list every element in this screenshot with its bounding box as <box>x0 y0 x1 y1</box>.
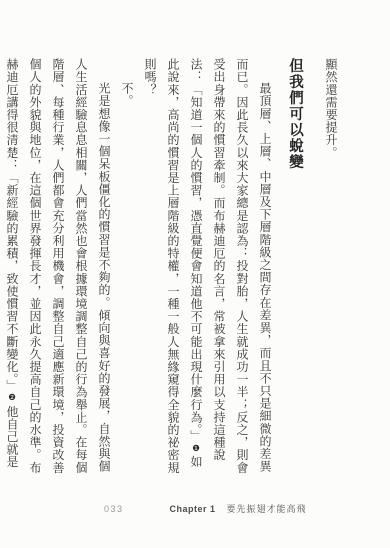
book-page: 顯然還需要提升。 但我們可以蛻變 最頂層、上層、中層及下層階級之間存在差異，而且… <box>0 0 390 548</box>
paragraph-3: 光是想像一個呆板僵化的慣習是不夠的。傾向與喜好的發展，自然與個人生活經驗息息相關… <box>0 58 115 474</box>
page-number: 033 <box>104 504 124 514</box>
footnote-marker-2: ❷ <box>7 393 17 403</box>
chapter-title: 要先振翅才能高飛 <box>227 504 307 514</box>
lead-in-paragraph: 顯然還需要提升。 <box>319 58 342 474</box>
paragraph-2: 不。 <box>115 58 138 474</box>
chapter-label: Chapter 1 <box>170 504 216 514</box>
section-heading: 但我們可以蛻變 <box>285 58 306 474</box>
paragraph-1: 最頂層、上層、中層及下層階級之間存在差異，而且不只是細微的差異而已。因此長久以來… <box>138 58 276 474</box>
page-footer: 033Chapter 1要先振翅才能高飛 <box>104 504 307 515</box>
paragraph-3-text: 光是想像一個呆板僵化的慣習是不夠的。傾向與喜好的發展，自然與個人生活經驗息息相關… <box>5 58 111 474</box>
footnote-marker-1: ❶ <box>191 444 201 454</box>
vertical-text-block: 顯然還需要提升。 但我們可以蛻變 最頂層、上層、中層及下層階級之間存在差異，而且… <box>40 58 342 474</box>
paragraph-1-text: 最頂層、上層、中層及下層階級之間存在差異，而且不只是細微的差異而已。因此長久以來… <box>189 58 272 474</box>
